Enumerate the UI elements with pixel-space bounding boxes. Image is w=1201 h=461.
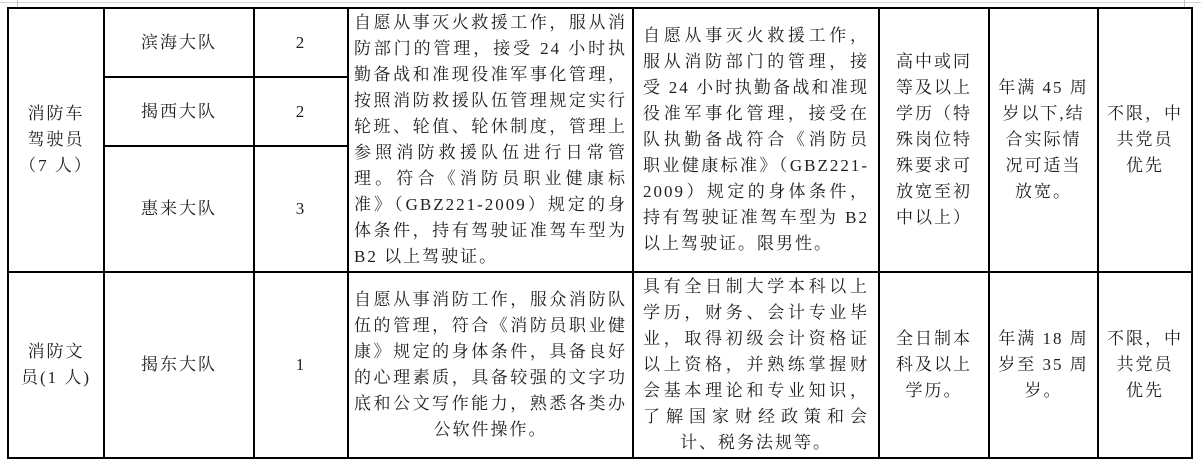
count-cell-jiedong: 1 [254, 272, 348, 458]
recruitment-table: 消防车 驾驶员 （7 人） 滨海大队 2 自愿从事灭火救援工作，服从消防部门的管… [7, 7, 1193, 459]
preference-cell-clerk: 不限，中 共党员 优先 [1098, 272, 1192, 458]
requirement-cell-clerk: 具有全日制大学本科以上学历，财务、会计专业毕业，取得初级会计资格证以上资格，并熟… [633, 272, 879, 458]
position-cell-clerk: 消防文 员(1 人) [8, 272, 104, 458]
unit-cell-jiedong: 揭东大队 [104, 272, 254, 458]
age-cell-clerk: 年满 18 周 岁至 35 周 岁。 [989, 272, 1098, 458]
document-page: 消防车 驾驶员 （7 人） 滨海大队 2 自愿从事灭火救援工作，服从消防部门的管… [0, 0, 1201, 461]
count-cell-jiexi: 2 [254, 77, 348, 146]
page-edge-tick-left [17, 0, 18, 7]
age-cell-driver: 年满 45 周 岁以下,结 合实际情 况可适当 放宽。 [989, 8, 1098, 272]
page-edge-line [0, 2, 1201, 3]
count-cell-binhai: 2 [254, 8, 348, 77]
education-cell-driver: 高中或同 等及以上 学历（特 殊岗位特 殊要求可 放宽至初 中以上） [879, 8, 989, 272]
education-cell-clerk: 全日制本 科及以上 学历。 [879, 272, 989, 458]
requirement-cell-driver: 自愿从事灭火救援工作，服从消防部门的管理，接受 24 小时执勤备战和准现役准军事… [633, 8, 879, 272]
duty-cell-clerk: 自愿从事消防工作，服众消防队伍的管理，符合《消防员职业健康》规定的身体条件，具备… [348, 272, 633, 458]
unit-cell-jiexi: 揭西大队 [104, 77, 254, 146]
position-cell-driver: 消防车 驾驶员 （7 人） [8, 8, 104, 272]
table-row: 消防文 员(1 人) 揭东大队 1 自愿从事消防工作，服众消防队伍的管理，符合《… [8, 272, 1192, 458]
duty-cell-driver: 自愿从事灭火救援工作，服从消防部门的管理，接受 24 小时执勤备战和准现役准军事… [348, 8, 633, 272]
unit-cell-huilai: 惠来大队 [104, 146, 254, 272]
count-cell-huilai: 3 [254, 146, 348, 272]
preference-cell-driver: 不限，中 共党员 优先 [1098, 8, 1192, 272]
unit-cell-binhai: 滨海大队 [104, 8, 254, 77]
page-edge-tick-right [1184, 0, 1185, 7]
table-row: 消防车 驾驶员 （7 人） 滨海大队 2 自愿从事灭火救援工作，服从消防部门的管… [8, 8, 1192, 77]
